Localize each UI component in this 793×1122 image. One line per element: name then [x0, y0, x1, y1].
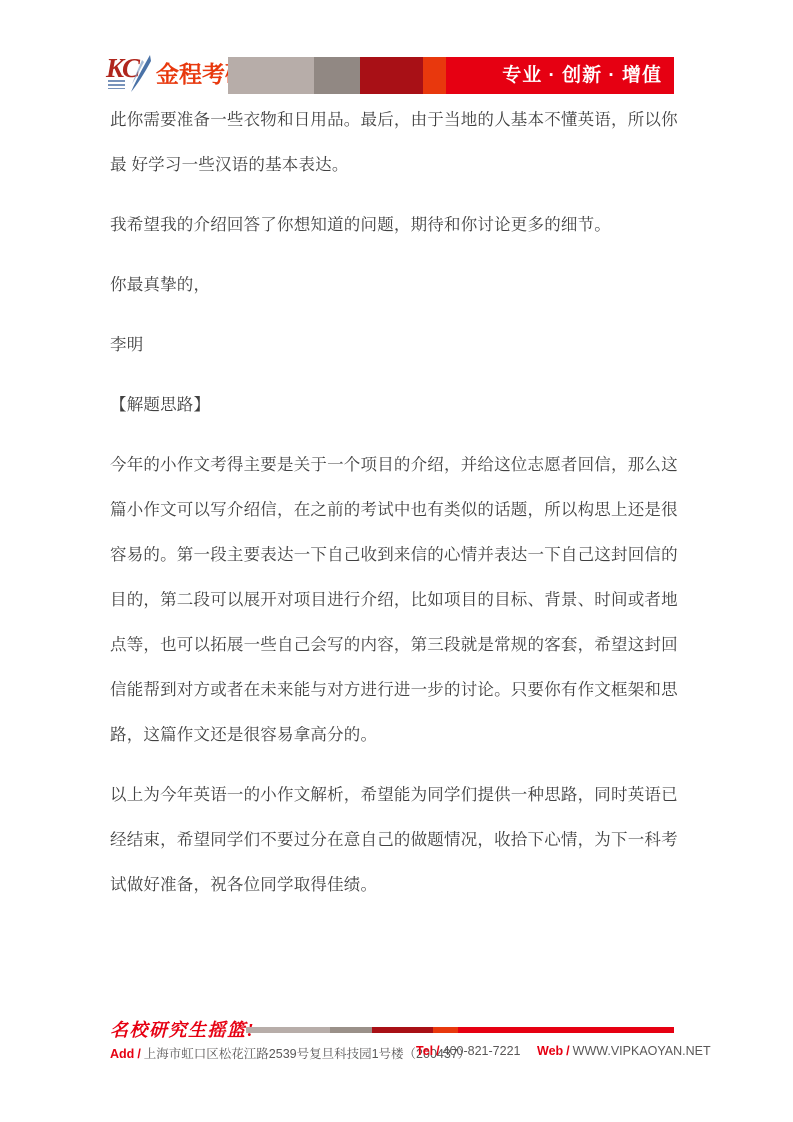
text-line: 经结束，希望同学们不要过分在意自己的做题情况，收拾下心情，为下一科考 — [110, 818, 682, 863]
paragraph-3: 你最真挚的， — [110, 263, 682, 308]
document-body: 此你需要准备一些衣物和日用品。最后，由于当地的人基本不懂英语，所以你最 好学习一… — [110, 98, 682, 923]
contact-value: WWW.VIPKAOYAN.NET — [573, 1044, 711, 1058]
contact-separator: / — [563, 1044, 572, 1058]
text-line: 路，这篇作文还是很容易拿高分的。 — [110, 713, 682, 758]
text-line: 篇小作文可以写介绍信，在之前的考试中也有类似的话题，所以构思上还是很 — [110, 488, 682, 533]
document-page: KC 金程考研 专业 · 创新 · 增值 此你需要准备一些衣物和日用品。最后，由… — [0, 0, 793, 1122]
paragraph-6: 今年的小作文考得主要是关于一个项目的介绍，并给这位志愿者回信，那么这篇小作文可以… — [110, 443, 682, 758]
paragraph-4: 李明 — [110, 323, 682, 368]
text-line: 我希望我的介绍回答了你想知道的问题，期待和你讨论更多的细节。 — [110, 203, 682, 248]
paragraph-5: 【解题思路】 — [110, 383, 682, 428]
text-line: 试做好准备，祝各位同学取得佳绩。 — [110, 863, 682, 908]
contact-separator: / — [134, 1047, 143, 1061]
quill-swoosh-icon — [128, 54, 152, 94]
text-line: 你最真挚的， — [110, 263, 682, 308]
segment-dark-red — [360, 57, 423, 94]
footer: 名校研究生摇篮! Add/上海市虹口区松花江路2539号复旦科技园1号楼（200… — [0, 1014, 793, 1084]
segment-gray — [330, 1027, 372, 1033]
contact-web: Web/WWW.VIPKAOYAN.NET — [537, 1044, 711, 1058]
text-line: 容易的。第一段主要表达一下自己收到来信的心情并表达一下自己这封回信的 — [110, 533, 682, 578]
segment-orange — [433, 1027, 458, 1033]
segment-gray-light — [246, 1027, 330, 1033]
paragraph-1: 此你需要准备一些衣物和日用品。最后，由于当地的人基本不懂英语，所以你最 好学习一… — [110, 98, 682, 188]
contact-separator: / — [433, 1044, 442, 1058]
banner-slogan: 专业 · 创新 · 增值 — [502, 57, 662, 94]
footer-slogan: 名校研究生摇篮! — [110, 1016, 255, 1042]
logo-subtext-decoration — [108, 80, 125, 89]
brand-logo: KC 金程考研 — [106, 53, 248, 95]
kcy-logo-icon: KC — [106, 53, 152, 95]
text-line: 点等，也可以拓展一些自己会写的内容，第三段就是常规的客套，希望这封回 — [110, 623, 682, 668]
text-line: 目的，第二段可以展开对项目进行介绍，比如项目的目标、背景、时间或者地 — [110, 578, 682, 623]
header: KC 金程考研 专业 · 创新 · 增值 — [0, 0, 793, 105]
contact-label: Add — [110, 1047, 134, 1061]
text-line: 【解题思路】 — [110, 383, 682, 428]
contact-label: Web — [537, 1044, 563, 1058]
contact-value: 400-821-7221 — [443, 1044, 521, 1058]
text-line: 最 好学习一些汉语的基本表达。 — [110, 143, 682, 188]
footer-bar — [246, 1027, 674, 1033]
contact-row: Add/上海市虹口区松花江路2539号复旦科技园1号楼（200437）Tel/4… — [0, 1044, 793, 1064]
header-banner: 专业 · 创新 · 增值 — [228, 57, 674, 94]
contact-tel: Tel/400-821-7221 — [416, 1044, 520, 1058]
text-line: 以上为今年英语一的小作文解析，希望能为同学们提供一种思路，同时英语已 — [110, 773, 682, 818]
text-line: 李明 — [110, 323, 682, 368]
segment-gray — [314, 57, 360, 94]
footer-top: 名校研究生摇篮! — [110, 1014, 675, 1040]
segment-orange — [423, 57, 446, 94]
text-line: 此你需要准备一些衣物和日用品。最后，由于当地的人基本不懂英语，所以你 — [110, 98, 682, 143]
contact-label: Tel — [416, 1044, 433, 1058]
segment-red — [458, 1027, 674, 1033]
text-line: 信能帮到对方或者在未来能与对方进行进一步的讨论。只要你有作文框架和思 — [110, 668, 682, 713]
segment-dark-red — [372, 1027, 433, 1033]
text-line: 今年的小作文考得主要是关于一个项目的介绍，并给这位志愿者回信，那么这 — [110, 443, 682, 488]
paragraph-2: 我希望我的介绍回答了你想知道的问题，期待和你讨论更多的细节。 — [110, 203, 682, 248]
segment-taupe — [228, 57, 314, 94]
paragraph-7: 以上为今年英语一的小作文解析，希望能为同学们提供一种思路，同时英语已经结束，希望… — [110, 773, 682, 908]
